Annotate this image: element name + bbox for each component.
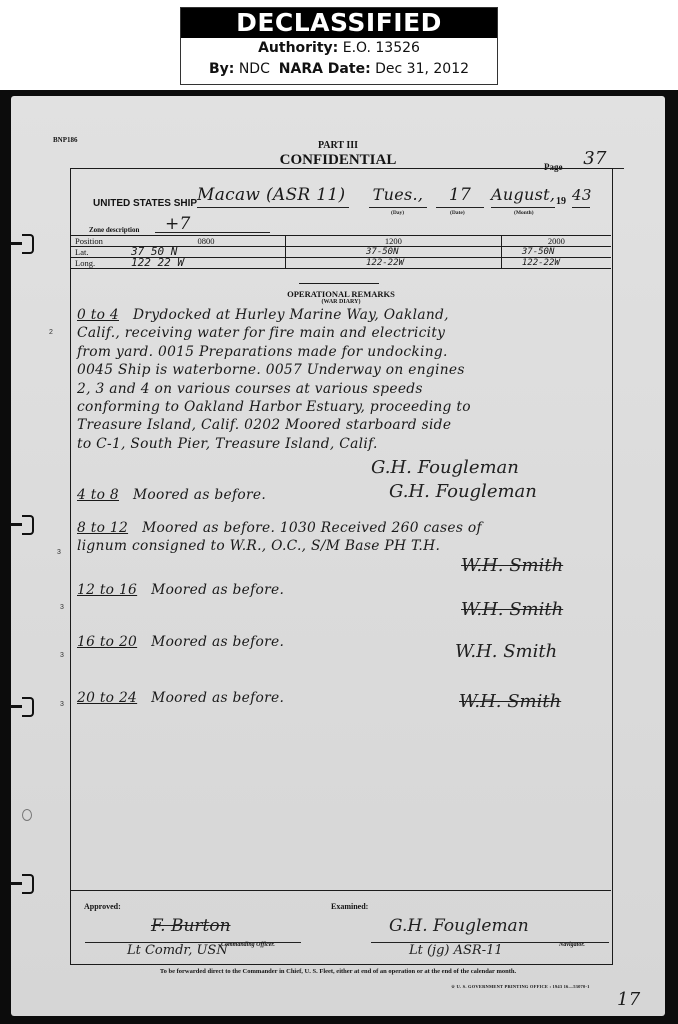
footer-divider [71, 890, 611, 891]
month-field: August, [491, 185, 555, 208]
entry-text: Moored as before. [133, 487, 266, 503]
entry-text: Moored as before. [151, 582, 284, 598]
year-suffix: 43 [572, 186, 590, 208]
page-number: 37 [566, 148, 624, 169]
entry-text: to C-1, South Pier, Treasure Island, Cal… [77, 435, 607, 453]
ship-name-field: Macaw (ASR 11) [197, 185, 349, 208]
watch-signature: G.H. Fougleman [371, 457, 519, 478]
long-2000: 122-22W [501, 258, 611, 269]
time-1200: 1200 [286, 236, 502, 247]
zone-value: +7 [155, 214, 270, 233]
declassified-stamp: DECLASSIFIED Authority: E.O. 13526 By: N… [180, 7, 498, 85]
lat-2000: 37-50N [501, 247, 611, 258]
entry-text: Calif., receiving water for fire main an… [77, 324, 607, 342]
zone-label: Zone description [89, 226, 139, 234]
long-1200: 122-22W [286, 258, 502, 269]
remarks-title: OPERATIONAL REMARKS [71, 289, 611, 299]
paper-sheet: BNP186 PART III CONFIDENTIAL Page 37 2 3… [11, 96, 665, 1016]
margin-mark: 3 [60, 604, 64, 611]
remarks-entries: 0 to 4Drydocked at Hurley Marine Way, Oa… [77, 306, 607, 453]
examined-signature: G.H. Fougleman [389, 916, 529, 936]
examined-title: Lt (jg) ASR-11 [409, 943, 503, 958]
watch-entry-4-8: 4 to 8Moored as before. [77, 486, 266, 504]
watch-entry-0-4: 0 to 4Drydocked at Hurley Marine Way, Oa… [77, 306, 607, 453]
lat-label: Lat. [71, 247, 127, 258]
stamp-title: DECLASSIFIED [181, 8, 497, 38]
lat-1200: 37-50N [286, 247, 502, 258]
watch-signature: W.H. Smith [455, 641, 557, 662]
watch-label: 4 to 8 [77, 487, 119, 503]
forwarding-instruction: To be forwarded direct to the Commander … [11, 968, 665, 975]
watch-entry-8-12: 8 to 12Moored as before. 1030 Received 2… [77, 519, 482, 556]
date-caption: (Date) [450, 210, 465, 216]
watch-label: 20 to 24 [77, 690, 137, 706]
margin-mark: 3 [60, 652, 64, 659]
entry-text: conforming to Oakland Harbor Estuary, pr… [77, 398, 607, 416]
margin-mark: 3 [60, 701, 64, 708]
margin-mark: 3 [57, 549, 61, 556]
stamp-by-date: By: NDC NARA Date: Dec 31, 2012 [181, 59, 497, 80]
position-label: Position [71, 236, 127, 247]
long-row: Long. 122 22 W 122-22W 122-22W [71, 258, 611, 269]
long-0800: 122 22 W [127, 258, 286, 269]
entry-text: 2, 3 and 4 on various courses at various… [77, 380, 607, 398]
war-diary-form: UNITED STATES SHIP Macaw (ASR 11) Tues.,… [70, 168, 613, 965]
watch-label: 16 to 20 [77, 634, 137, 650]
approved-title: Lt Comdr, USN [127, 943, 228, 958]
navigator-caption: Navigator. [559, 942, 585, 948]
entry-text: Moored as before. 1030 Received 260 case… [142, 520, 482, 536]
approved-label: Approved: [84, 902, 121, 911]
printing-office-imprint: ☆ U. S. GOVERNMENT PRINTING OFFICE : 194… [451, 984, 590, 990]
approved-signature: F. Burton [151, 916, 231, 936]
entry-text: Moored as before. [151, 634, 284, 650]
watch-entry-16-20: 16 to 20Moored as before. [77, 633, 284, 651]
position-table: Position 0800 1200 2000 Lat. 37 50 N 37-… [71, 235, 611, 269]
entry-text: lignum consigned to W.R., O.C., S/M Base… [77, 537, 482, 555]
watch-label: 12 to 16 [77, 582, 137, 598]
binder-clip-icon [22, 515, 34, 535]
folio-number: 17 [617, 989, 641, 1010]
watch-signature: W.H. Smith [459, 691, 561, 712]
day-caption: (Day) [391, 210, 404, 216]
day-field: Tues., [369, 185, 427, 208]
stamp-authority: Authority: E.O. 13526 [181, 38, 497, 59]
entry-text: Moored as before. [151, 690, 284, 706]
ship-label: UNITED STATES SHIP [93, 198, 197, 209]
punch-hole-icon [22, 809, 32, 821]
watch-label: 0 to 4 [77, 307, 119, 323]
month-caption: (Month) [514, 210, 534, 216]
entry-text: Drydocked at Hurley Marine Way, Oakland, [133, 307, 449, 323]
year-prefix: 19 [556, 196, 566, 207]
entry-text: Treasure Island, Calif. 0202 Moored star… [77, 416, 607, 434]
long-label: Long. [71, 258, 127, 269]
entry-text: 0045 Ship is waterborne. 0057 Underway o… [77, 361, 607, 379]
watch-signature: G.H. Fougleman [389, 481, 537, 502]
watch-entry-20-24: 20 to 24Moored as before. [77, 689, 284, 707]
examined-label: Examined: [331, 902, 368, 911]
binder-clip-icon [22, 874, 34, 894]
watch-signature: W.H. Smith [461, 599, 563, 620]
watch-entry-12-16: 12 to 16Moored as before. [77, 581, 284, 599]
watch-signature: W.H. Smith [461, 555, 563, 576]
margin-mark: 2 [49, 329, 53, 336]
binder-clip-icon [22, 234, 34, 254]
date-field: 17 [436, 185, 484, 208]
scanned-page: BNP186 PART III CONFIDENTIAL Page 37 2 3… [0, 90, 678, 1024]
section-divider [299, 283, 379, 284]
co-caption: Commanding Officer. [221, 942, 275, 948]
time-2000: 2000 [501, 236, 611, 247]
binder-clip-icon [22, 697, 34, 717]
watch-label: 8 to 12 [77, 520, 128, 536]
entry-text: from yard. 0015 Preparations made for un… [77, 343, 607, 361]
remarks-subtitle: (WAR DIARY) [71, 299, 611, 305]
